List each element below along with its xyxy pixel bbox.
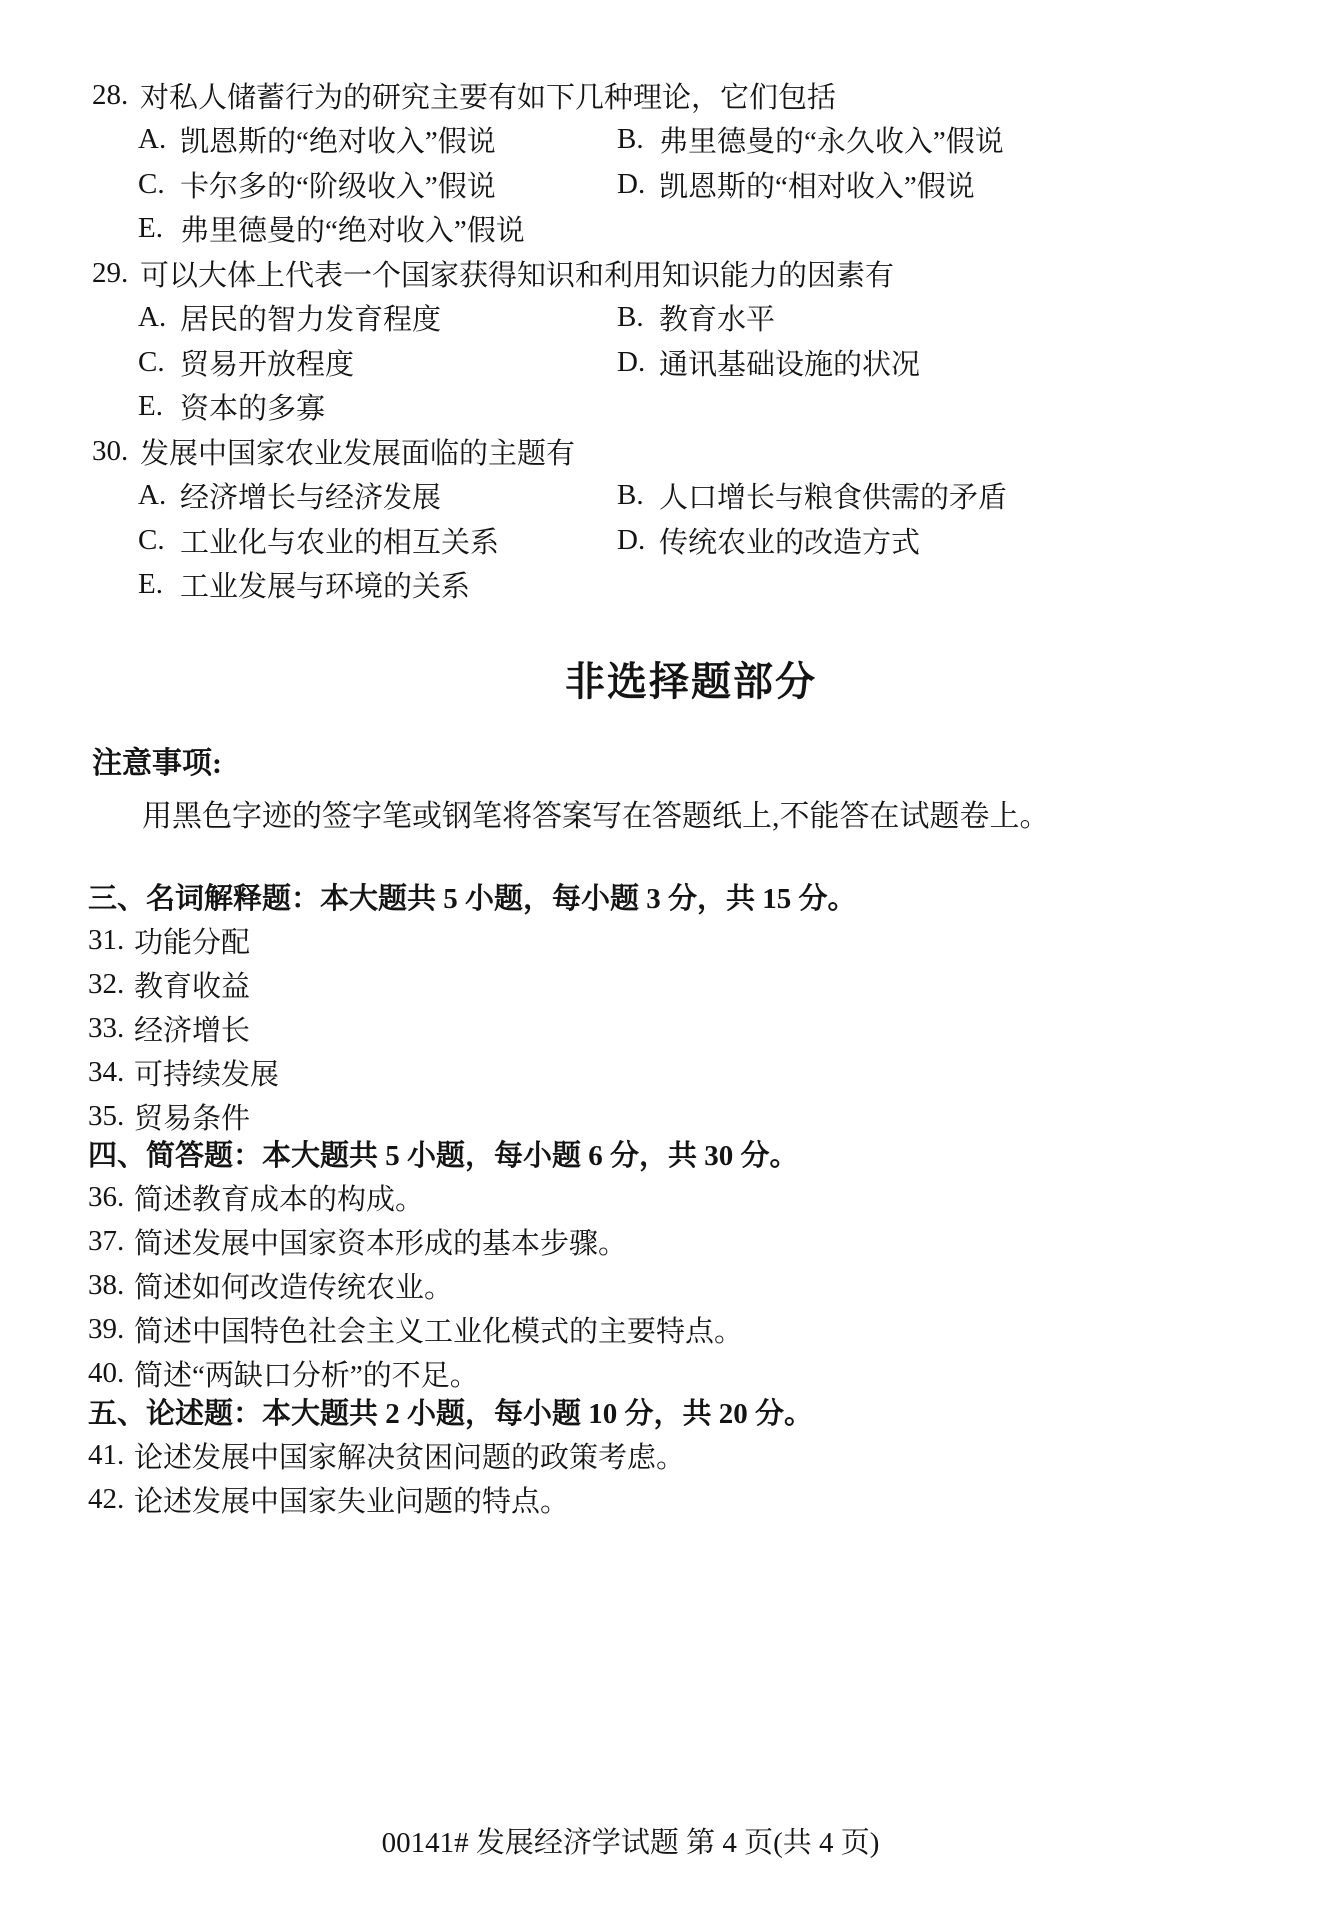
item-number: 36. xyxy=(88,1181,134,1214)
option-text: 经济增长与经济发展 xyxy=(180,475,441,516)
item-number: 40. xyxy=(88,1357,134,1390)
option-text: 弗里德曼的“永久收入”假说 xyxy=(659,119,1004,160)
option-row: A. 凯恩斯的“绝对收入”假说 B. 弗里德曼的“永久收入”假说 xyxy=(138,118,1287,163)
option-label: D. xyxy=(617,168,659,201)
question-29: 29. 可以大体上代表一个国家获得知识和利用知识能力的因素有 A. 居民的智力发… xyxy=(92,251,1287,429)
option-d: D. 通讯基础设施的状况 xyxy=(617,342,1287,383)
section-essay: 五、论述题：本大题共 2 小题，每小题 10 分，共 20 分。 41. 论述发… xyxy=(88,1389,1287,1521)
item-number: 35. xyxy=(88,1100,134,1133)
item-number: 31. xyxy=(88,924,134,957)
item-number: 32. xyxy=(88,968,134,1001)
section-heading: 五、论述题：本大题共 2 小题，每小题 10 分，共 20 分。 xyxy=(88,1389,1287,1433)
option-text: 居民的智力发育程度 xyxy=(180,297,441,338)
multiple-choice-section: 28. 对私人储蓄行为的研究主要有如下几种理论，它们包括 A. 凯恩斯的“绝对收… xyxy=(92,73,1287,607)
item-text: 经济增长 xyxy=(134,1008,250,1049)
option-row: A. 经济增长与经济发展 B. 人口增长与粮食供需的矛盾 xyxy=(138,474,1287,519)
item-text: 论述发展中国家失业问题的特点。 xyxy=(134,1479,569,1520)
notice-text: 用黑色字迹的签字笔或钢笔将答案写在答题纸上,不能答在试题卷上。 xyxy=(142,791,1050,835)
option-text: 通讯基础设施的状况 xyxy=(659,342,920,383)
option-label: C. xyxy=(138,524,180,557)
exam-page: 28. 对私人储蓄行为的研究主要有如下几种理论，它们包括 A. 凯恩斯的“绝对收… xyxy=(0,0,1327,1927)
item-text: 简述发展中国家资本形成的基本步骤。 xyxy=(134,1221,627,1262)
exam-item: 39. 简述中国特色社会主义工业化模式的主要特点。 xyxy=(88,1307,1287,1351)
question-28: 28. 对私人储蓄行为的研究主要有如下几种理论，它们包括 A. 凯恩斯的“绝对收… xyxy=(92,73,1287,251)
option-text: 卡尔多的“阶级收入”假说 xyxy=(180,164,496,205)
option-label: A. xyxy=(138,123,180,156)
option-c: C. 工业化与农业的相互关系 xyxy=(138,520,617,561)
item-text: 教育收益 xyxy=(134,964,250,1005)
item-number: 39. xyxy=(88,1313,134,1346)
exam-item: 37. 简述发展中国家资本形成的基本步骤。 xyxy=(88,1219,1287,1263)
item-text: 功能分配 xyxy=(134,920,250,961)
option-a: A. 经济增长与经济发展 xyxy=(138,475,617,516)
option-label: E. xyxy=(138,212,180,245)
option-text: 凯恩斯的“相对收入”假说 xyxy=(659,164,975,205)
option-row: E. 资本的多寡 xyxy=(138,385,1287,430)
question-line: 28. 对私人储蓄行为的研究主要有如下几种理论，它们包括 xyxy=(92,73,1287,118)
question-text: 对私人储蓄行为的研究主要有如下几种理论，它们包括 xyxy=(140,75,836,116)
option-label: C. xyxy=(138,168,180,201)
option-e: E. 资本的多寡 xyxy=(138,386,617,427)
option-label: E. xyxy=(138,568,180,601)
item-number: 42. xyxy=(88,1483,134,1516)
option-row: A. 居民的智力发育程度 B. 教育水平 xyxy=(138,296,1287,341)
item-number: 33. xyxy=(88,1012,134,1045)
exam-item: 38. 简述如何改造传统农业。 xyxy=(88,1263,1287,1307)
option-label: B. xyxy=(617,123,659,156)
item-text: 可持续发展 xyxy=(134,1052,279,1093)
item-number: 38. xyxy=(88,1269,134,1302)
question-line: 30. 发展中国家农业发展面临的主题有 xyxy=(92,429,1287,474)
option-label: A. xyxy=(138,301,180,334)
option-row: C. 工业化与农业的相互关系 D. 传统农业的改造方式 xyxy=(138,518,1287,563)
item-text: 简述中国特色社会主义工业化模式的主要特点。 xyxy=(134,1309,743,1350)
option-row: C. 贸易开放程度 D. 通讯基础设施的状况 xyxy=(138,340,1287,385)
option-label: D. xyxy=(617,346,659,379)
option-text: 教育水平 xyxy=(659,297,775,338)
exam-item: 32. 教育收益 xyxy=(88,962,1287,1006)
question-text: 发展中国家农业发展面临的主题有 xyxy=(140,431,575,472)
option-text: 资本的多寡 xyxy=(180,386,325,427)
option-label: E. xyxy=(138,390,180,423)
page-footer: 00141# 发展经济学试题 第 4 页(共 4 页) xyxy=(0,1820,1327,1861)
option-text: 传统农业的改造方式 xyxy=(659,520,920,561)
option-c: C. 卡尔多的“阶级收入”假说 xyxy=(138,164,617,205)
option-e: E. 弗里德曼的“绝对收入”假说 xyxy=(138,208,617,249)
option-label: B. xyxy=(617,301,659,334)
notice-label: 注意事项: xyxy=(92,738,222,782)
option-label: C. xyxy=(138,346,180,379)
option-b: B. 教育水平 xyxy=(617,297,1287,338)
option-d: D. 传统农业的改造方式 xyxy=(617,520,1287,561)
exam-item: 36. 简述教育成本的构成。 xyxy=(88,1175,1287,1219)
question-number: 28. xyxy=(92,79,140,112)
option-d: D. 凯恩斯的“相对收入”假说 xyxy=(617,164,1287,205)
option-text: 人口增长与粮食供需的矛盾 xyxy=(659,475,1007,516)
section-title: 非选择题部分 xyxy=(0,650,1327,707)
exam-item: 41. 论述发展中国家解决贫困问题的政策考虑。 xyxy=(88,1433,1287,1477)
exam-item: 34. 可持续发展 xyxy=(88,1050,1287,1094)
option-row: C. 卡尔多的“阶级收入”假说 D. 凯恩斯的“相对收入”假说 xyxy=(138,162,1287,207)
section-heading: 三、名词解释题：本大题共 5 小题，每小题 3 分，共 15 分。 xyxy=(88,874,1287,918)
option-b: B. 弗里德曼的“永久收入”假说 xyxy=(617,119,1287,160)
item-text: 论述发展中国家解决贫困问题的政策考虑。 xyxy=(134,1435,685,1476)
question-line: 29. 可以大体上代表一个国家获得知识和利用知识能力的因素有 xyxy=(92,251,1287,296)
question-number: 29. xyxy=(92,257,140,290)
item-text: 简述“两缺口分析”的不足。 xyxy=(134,1353,479,1394)
item-number: 37. xyxy=(88,1225,134,1258)
option-a: A. 居民的智力发育程度 xyxy=(138,297,617,338)
option-label: B. xyxy=(617,479,659,512)
option-label: D. xyxy=(617,524,659,557)
item-number: 41. xyxy=(88,1439,134,1472)
option-c: C. 贸易开放程度 xyxy=(138,342,617,383)
question-number: 30. xyxy=(92,435,140,468)
question-text: 可以大体上代表一个国家获得知识和利用知识能力的因素有 xyxy=(140,253,894,294)
option-e: E. 工业发展与环境的关系 xyxy=(138,564,617,605)
option-text: 工业发展与环境的关系 xyxy=(180,564,470,605)
question-30: 30. 发展中国家农业发展面临的主题有 A. 经济增长与经济发展 B. 人口增长… xyxy=(92,429,1287,607)
item-text: 简述如何改造传统农业。 xyxy=(134,1265,453,1306)
option-row: E. 工业发展与环境的关系 xyxy=(138,563,1287,608)
section-short-answer: 四、简答题：本大题共 5 小题，每小题 6 分，共 30 分。 36. 简述教育… xyxy=(88,1131,1287,1395)
section-definitions: 三、名词解释题：本大题共 5 小题，每小题 3 分，共 15 分。 31. 功能… xyxy=(88,874,1287,1138)
option-b: B. 人口增长与粮食供需的矛盾 xyxy=(617,475,1287,516)
section-heading: 四、简答题：本大题共 5 小题，每小题 6 分，共 30 分。 xyxy=(88,1131,1287,1175)
option-text: 贸易开放程度 xyxy=(180,342,354,383)
option-row: E. 弗里德曼的“绝对收入”假说 xyxy=(138,207,1287,252)
item-number: 34. xyxy=(88,1056,134,1089)
option-text: 工业化与农业的相互关系 xyxy=(180,520,499,561)
option-a: A. 凯恩斯的“绝对收入”假说 xyxy=(138,119,617,160)
item-text: 简述教育成本的构成。 xyxy=(134,1177,424,1218)
option-text: 凯恩斯的“绝对收入”假说 xyxy=(180,119,496,160)
option-label: A. xyxy=(138,479,180,512)
option-text: 弗里德曼的“绝对收入”假说 xyxy=(180,208,525,249)
exam-item: 42. 论述发展中国家失业问题的特点。 xyxy=(88,1477,1287,1521)
exam-item: 31. 功能分配 xyxy=(88,918,1287,962)
exam-item: 33. 经济增长 xyxy=(88,1006,1287,1050)
